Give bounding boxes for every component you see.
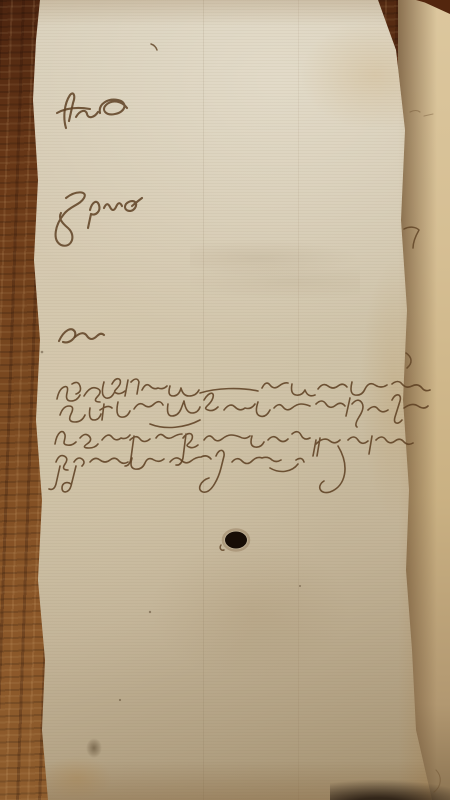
paragraph-line-1 — [57, 379, 430, 402]
paper-hole — [220, 530, 249, 551]
numeral-7-mark — [404, 227, 419, 248]
margin-annotation-1 — [57, 93, 127, 128]
paragraph-line-2 — [60, 393, 428, 427]
paragraph-line-3 — [55, 432, 413, 493]
paren-mark — [406, 353, 411, 368]
manuscript-photo — [0, 0, 450, 800]
facing-page-faint-marks — [410, 111, 440, 793]
paper-specks — [41, 39, 450, 701]
margin-annotation-2 — [56, 192, 142, 245]
margin-annotation-3 — [59, 329, 104, 342]
tick-mark — [151, 44, 157, 50]
ink-overlay — [0, 0, 450, 800]
paragraph-line-4 — [49, 450, 304, 492]
